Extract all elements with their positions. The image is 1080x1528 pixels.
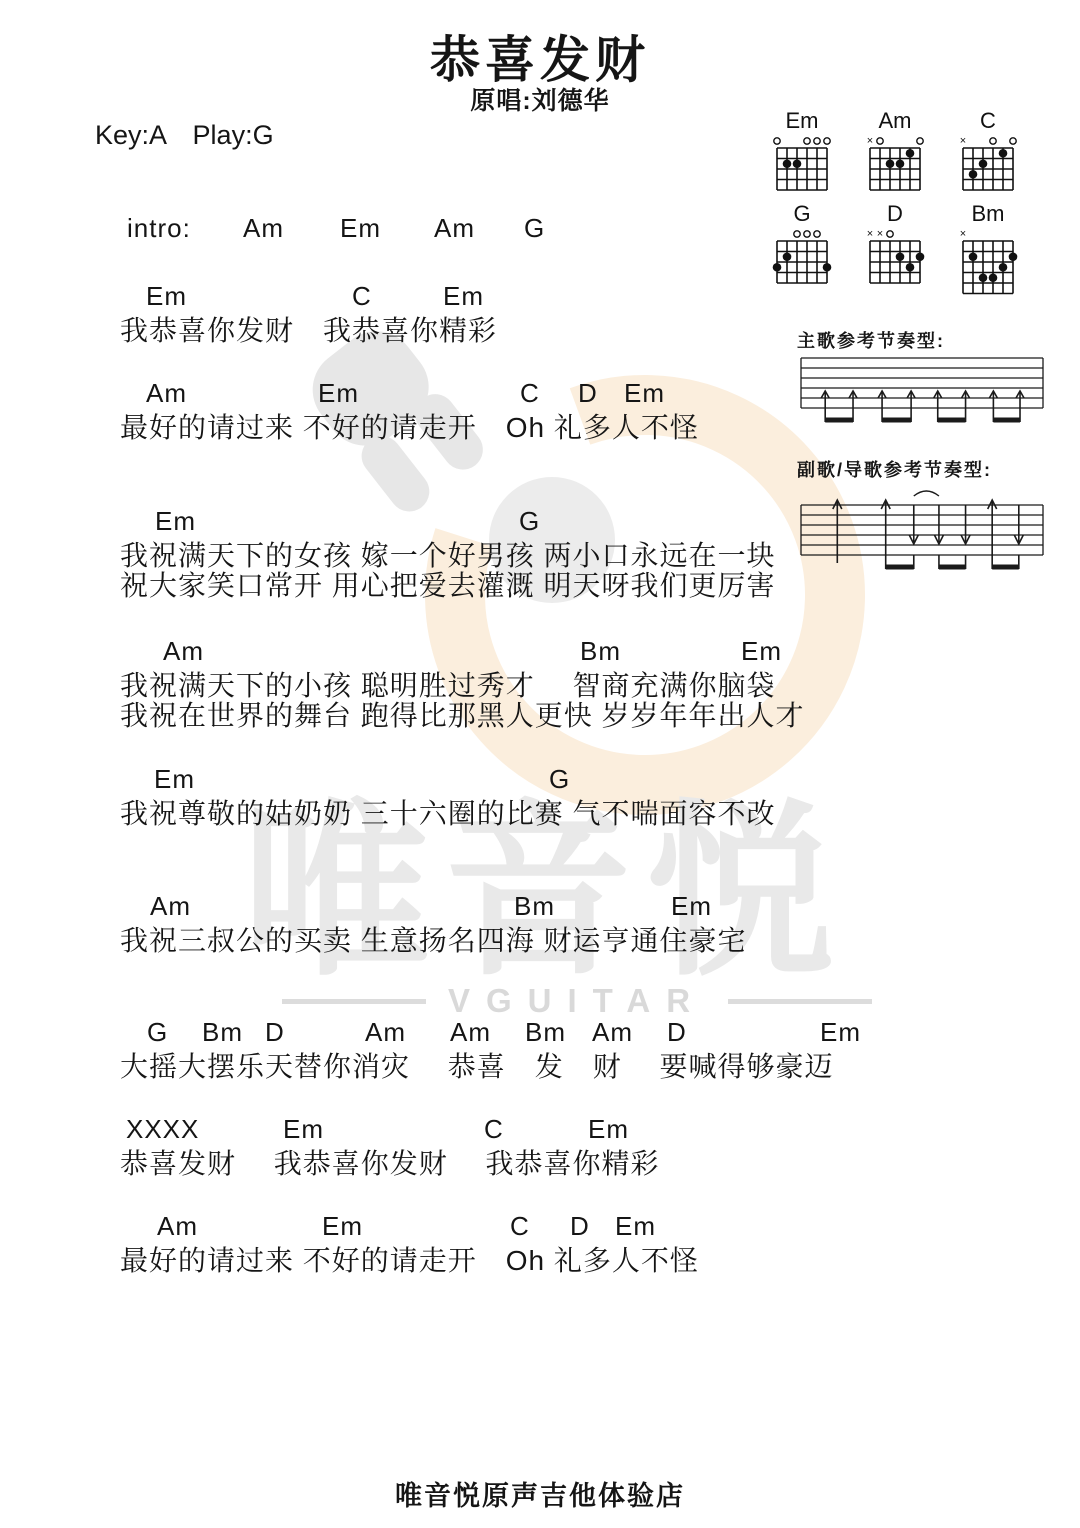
song-section: AmEmCDEm最好的请过来 不好的请走开 Oh 礼多人不怪 [0, 1211, 1080, 1271]
svg-text:Em: Em [786, 108, 819, 133]
song-section: EmG我祝满天下的女孩 嫁一个好男孩 两小口永远在一块祝大家笑口常开 用心把爱去… [0, 506, 1080, 596]
chord-label: XXXX [126, 1114, 199, 1145]
lyric-line: 大摇大摆乐天替你消灾 恭喜 发 财 要喊得够豪迈 [120, 1045, 834, 1085]
chord-label: Em [588, 1114, 629, 1145]
chord-label: Em [624, 378, 665, 409]
song-section: XXXXEmCEm恭喜发财 我恭喜你发财 我恭喜你精彩 [0, 1114, 1080, 1174]
chord-label: intro: [127, 213, 191, 244]
chord-label: Em [283, 1114, 324, 1145]
chord-label: Em [318, 378, 359, 409]
song-section: GBmDAmAmBmAmDEm大摇大摆乐天替你消灾 恭喜 发 财 要喊得够豪迈 [0, 1017, 1080, 1077]
lyric-line: 我祝在世界的舞台 跑得比那黑人更快 岁岁年年出人才 [120, 694, 805, 734]
svg-text:C: C [980, 108, 996, 133]
watermark-right-rule [728, 999, 872, 1004]
chord-label: Am [157, 1211, 198, 1242]
chord-label: D [578, 378, 598, 409]
chord-label: Am [243, 213, 284, 244]
svg-text:Am: Am [879, 108, 912, 133]
chord-label: C [520, 378, 540, 409]
chord-label: Bm [514, 891, 555, 922]
watermark-left-rule [282, 999, 426, 1004]
chord-label: Am [434, 213, 475, 244]
chord-label: Em [615, 1211, 656, 1242]
chord-label: Am [365, 1017, 406, 1048]
lyric-line: 恭喜发财 我恭喜你发财 我恭喜你精彩 [120, 1142, 660, 1182]
lyric-line: 我祝三叔公的买卖 生意扬名四海 财运亨通住豪宅 [120, 919, 747, 959]
chord-sheet-page: 唯音悦 VGUITAR 恭喜发财 原唱:刘德华 Key:A Play:G EmA… [0, 0, 1080, 1528]
chord-label: Am [150, 891, 191, 922]
song-section: AmBmEm我祝满天下的小孩 聪明胜过秀才 智商充满你脑袋我祝在世界的舞台 跑得… [0, 636, 1080, 726]
song-section: AmEmCDEm最好的请过来 不好的请走开 Oh 礼多人不怪 [0, 378, 1080, 438]
chord-label: G [524, 213, 545, 244]
chord-label: Em [146, 281, 187, 312]
song-section: EmG我祝尊敬的姑奶奶 三十六圈的比赛 气不喘面容不改 [0, 764, 1080, 824]
svg-text:×: × [960, 135, 966, 147]
chord-label: Em [322, 1211, 363, 1242]
chord-label: Em [741, 636, 782, 667]
chord-label: Am [592, 1017, 633, 1048]
chord-label: Em [154, 764, 195, 795]
chord-label: G [147, 1017, 168, 1048]
chord-label: Em [155, 506, 196, 537]
song-section: AmBmEm我祝三叔公的买卖 生意扬名四海 财运亨通住豪宅 [0, 891, 1080, 951]
song-section: EmCEm我恭喜你发财 我恭喜你精彩 [0, 281, 1080, 341]
chord-label: C [484, 1114, 504, 1145]
chord-label: Em [820, 1017, 861, 1048]
chord-label: G [549, 764, 570, 795]
chord-label: Bm [202, 1017, 243, 1048]
lyric-line: 我恭喜你发财 我恭喜你精彩 [120, 309, 497, 349]
footer-text: 唯音悦原声吉他体验店 [0, 1474, 1080, 1513]
watermark-brand-text: VGUITAR [448, 982, 706, 1020]
lyric-line: 我祝尊敬的姑奶奶 三十六圈的比赛 气不喘面容不改 [120, 792, 776, 832]
chord-label: C [510, 1211, 530, 1242]
chord-label: D [265, 1017, 285, 1048]
chord-label: Em [443, 281, 484, 312]
chord-label: Am [146, 378, 187, 409]
lyric-line: 最好的请过来 不好的请走开 Oh 礼多人不怪 [120, 406, 699, 446]
svg-text:×: × [867, 135, 873, 147]
lyric-line: 最好的请过来 不好的请走开 Oh 礼多人不怪 [120, 1239, 699, 1279]
chord-label: Em [340, 213, 381, 244]
chord-label: G [519, 506, 540, 537]
chord-label: Am [163, 636, 204, 667]
chord-label: Em [671, 891, 712, 922]
chord-label: Bm [580, 636, 621, 667]
chord-label: D [570, 1211, 590, 1242]
watermark-brand: VGUITAR [282, 982, 872, 1020]
chord-label: C [352, 281, 372, 312]
song-section: intro:AmEmAmG [0, 213, 1080, 243]
chorus-rhythm-label: 副歌/导歌参考节奏型: [797, 456, 992, 482]
chord-label: Am [450, 1017, 491, 1048]
chord-label: D [667, 1017, 687, 1048]
lyric-line: 祝大家笑口常开 用心把爱去灌溉 明天呀我们更厉害 [120, 564, 776, 604]
chord-label: Bm [525, 1017, 566, 1048]
key-info: Key:A Play:G [95, 113, 274, 152]
